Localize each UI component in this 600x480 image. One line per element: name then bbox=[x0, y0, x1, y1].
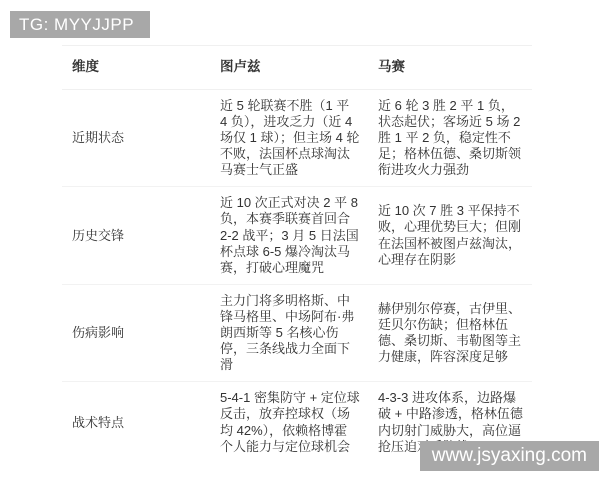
col-header-marseille: 马赛 bbox=[368, 46, 532, 90]
col-header-toulouse: 图卢兹 bbox=[210, 46, 368, 90]
cell-head-to-head-marseille: 近 10 次 7 胜 3 平保持不败，心理优势巨大；但刚在法国杯被图卢兹淘汰，心… bbox=[368, 187, 532, 285]
cell-recent-form-toulouse: 近 5 轮联赛不胜（1 平 4 负），进攻乏力（近 4 场仅 1 球）；但主场 … bbox=[210, 89, 368, 187]
table-header-row: 维度 图卢兹 马赛 bbox=[62, 46, 532, 90]
cell-recent-form-marseille: 近 6 轮 3 胜 2 平 1 负，状态起伏；客场近 5 场 2 胜 1 平 2… bbox=[368, 89, 532, 187]
row-label-injuries: 伤病影响 bbox=[62, 284, 210, 382]
cell-injuries-marseille: 赫伊别尔停赛，古伊里、廷贝尔伤缺；但格林伍德、桑切斯、韦勒图等主力健康，阵容深度… bbox=[368, 284, 532, 382]
cell-head-to-head-toulouse: 近 10 次正式对决 2 平 8 负，本赛季联赛首回合 2-2 战平；3 月 5… bbox=[210, 187, 368, 285]
comparison-table: 维度 图卢兹 马赛 近期状态 近 5 轮联赛不胜（1 平 4 负），进攻乏力（近… bbox=[62, 45, 532, 473]
row-label-recent-form: 近期状态 bbox=[62, 89, 210, 187]
page: TG: MYYJJPP 维度 图卢兹 马赛 近期状态 近 5 轮联赛不胜（1 平… bbox=[0, 0, 600, 480]
row-label-head-to-head: 历史交锋 bbox=[62, 187, 210, 285]
table-row: 历史交锋 近 10 次正式对决 2 平 8 负，本赛季联赛首回合 2-2 战平；… bbox=[62, 187, 532, 285]
table-row: 近期状态 近 5 轮联赛不胜（1 平 4 负），进攻乏力（近 4 场仅 1 球）… bbox=[62, 89, 532, 187]
site-watermark: www.jsyaxing.com bbox=[420, 441, 599, 471]
table-row: 伤病影响 主力门将多明格斯、中锋马格里、中场阿布·弗朗西斯等 5 名核心伤停，三… bbox=[62, 284, 532, 382]
col-header-dimension: 维度 bbox=[62, 46, 210, 90]
cell-injuries-toulouse: 主力门将多明格斯、中锋马格里、中场阿布·弗朗西斯等 5 名核心伤停，三条线战力全… bbox=[210, 284, 368, 382]
tg-badge: TG: MYYJJPP bbox=[10, 11, 150, 38]
row-label-tactics: 战术特点 bbox=[62, 382, 210, 473]
cell-tactics-toulouse: 5-4-1 密集防守 + 定位球反击，放弃控球权（场均 42%），依赖格博霍个人… bbox=[210, 382, 368, 473]
